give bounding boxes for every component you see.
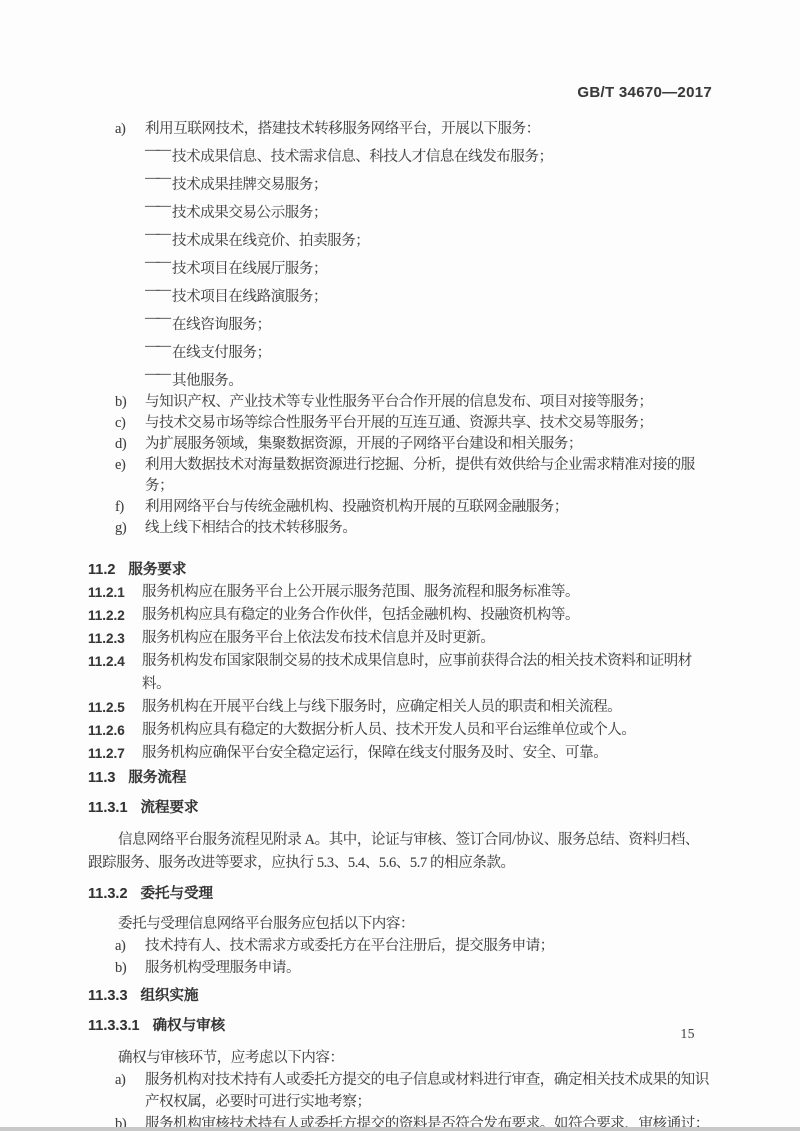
section-heading-11-2: 11.2 服务要求 [88,559,712,581]
clause-row: 11.2.6 服务机构应具有稳定的大数据分析人员、技术开发人员和平台运维单位或个… [88,719,712,742]
clause-text: 服务机构在开展平台线上与线下服务时，应确定相关人员的职责和相关流程。 [142,699,621,715]
lead-paragraph-11-3-3-1: 确权与审核环节，应考虑以下内容： [88,1047,712,1069]
dash-item-text: 在线支付服务； [172,345,271,361]
dash-list-item: ——技术成果在线竞价、拍卖服务； [88,224,712,252]
clause-row: 11.2.5 服务机构在开展平台线上与线下服务时，应确定相关人员的职责和相关流程… [88,696,712,719]
list-item-g: g) 线上线下相结合的技术转移服务。 [88,518,712,539]
page-content: a) 利用互联网技术，搭建技术转移服务网络平台，开展以下服务： ——技术成果信息… [88,119,712,1131]
dash-marker: —— [145,308,172,329]
dash-item-text: 技术成果信息、技术需求信息、科技人才信息在线发布服务； [172,149,553,165]
list-item-text: 线上线下相结合的技术转移服务。 [145,520,357,536]
list-marker: d) [115,434,126,455]
section-heading-11-3-1: 11.3.1 流程要求 [88,797,712,819]
list-marker: a) [115,1069,125,1091]
section-number: 11.3.3 [88,985,128,1007]
list-item-b: b) 与知识产权、产业技术等专业性服务平台合作开展的信息发布、项目对接等服务； [88,392,712,413]
dash-marker: —— [145,364,172,385]
list-marker: g) [115,518,126,539]
section-title: 确权与审核 [153,1015,226,1037]
clause-number: 11.2.4 [88,650,125,673]
clause-number: 11.2.6 [88,719,125,742]
list-item-text: 服务机构对技术持有人或委托方提交的电子信息或材料进行审查，确定相关技术成果的知识… [145,1072,709,1110]
dash-marker: —— [145,336,172,357]
dash-marker: —— [145,280,172,301]
clause-number: 11.2.1 [88,581,125,604]
dash-list-item: ——技术成果交易公示服务； [88,196,712,224]
document-page: GB/T 34670—2017 a) 利用互联网技术，搭建技术转移服务网络平台，… [0,0,800,1131]
clause-text: 服务机构应具有稳定的大数据分析人员、技术开发人员和平台运维单位或个人。 [142,722,636,738]
list-marker: c) [115,413,125,434]
section-number: 11.3 [88,767,115,789]
list-item-text: 利用大数据技术对海量数据资源进行挖掘、分析，提供有效供给与企业需求精准对接的服务… [145,457,695,494]
dash-marker: —— [145,252,172,273]
clause-row: 11.2.7 服务机构应确保平台安全稳定运行，保障在线支付服务及时、安全、可靠。 [88,742,712,765]
dash-list-item: ——在线支付服务； [88,336,712,364]
section-heading-11-3-3: 11.3.3 组织实施 [88,985,712,1007]
page-number: 15 [681,1026,696,1042]
clause-number: 11.2.3 [88,627,125,650]
list-marker: b) [115,957,126,979]
list-item-d: d) 为扩展服务领域，集聚数据资源，开展的子网络平台建设和相关服务； [88,434,712,455]
dash-item-text: 技术项目在线路演服务； [172,289,327,305]
clause-text: 服务机构应在服务平台上依法发布技术信息并及时更新。 [142,630,495,646]
list-item-e: e) 利用大数据技术对海量数据资源进行挖掘、分析，提供有效供给与企业需求精准对接… [88,455,712,497]
dash-list-item: ——技术项目在线展厅服务； [88,252,712,280]
clause-row: 11.2.4 服务机构发布国家限制交易的技术成果信息时，应事前获得合法的相关技术… [88,650,712,696]
list-marker: e) [115,455,125,476]
clause-row: 11.2.2 服务机构应具有稳定的业务合作伙伴，包括金融机构、投融资机构等。 [88,604,712,627]
section-title: 组织实施 [141,985,199,1007]
dash-item-text: 技术成果在线竞价、拍卖服务； [172,233,369,249]
dash-list-item: ——其他服务。 [88,364,712,392]
list-marker: a) [115,119,125,140]
dash-item-text: 技术成果挂牌交易服务； [172,177,327,193]
clause-number: 11.2.2 [88,604,125,627]
dash-marker: —— [145,196,172,217]
dash-list-item: ——技术项目在线路演服务； [88,280,712,308]
list-item: b) 服务机构受理服务申请。 [88,957,712,979]
clause-row: 11.2.3 服务机构应在服务平台上依法发布技术信息并及时更新。 [88,627,712,650]
dash-item-text: 技术项目在线展厅服务； [172,261,327,277]
list-item-text: 服务机构受理服务申请。 [145,960,300,976]
list-marker: b) [115,392,126,413]
section-title: 委托与受理 [141,883,214,905]
dash-list-item: ——技术成果挂牌交易服务； [88,168,712,196]
clause-text: 服务机构应具有稳定的业务合作伙伴，包括金融机构、投融资机构等。 [142,607,579,623]
clause-text: 服务机构应在服务平台上公开展示服务范围、服务流程和服务标准等。 [142,584,579,600]
clause-text: 服务机构发布国家限制交易的技术成果信息时，应事前获得合法的相关技术资料和证明材料… [142,653,692,692]
clause-text: 服务机构应确保平台安全稳定运行，保障在线支付服务及时、安全、可靠。 [142,745,607,761]
section-heading-11-3: 11.3 服务流程 [88,767,712,789]
dash-item-text: 技术成果交易公示服务； [172,205,327,221]
clause-row: 11.2.1 服务机构应在服务平台上公开展示服务范围、服务流程和服务标准等。 [88,581,712,604]
dash-marker: —— [145,168,172,189]
list-marker: f) [115,497,124,518]
dash-list-item: ——在线咨询服务； [88,308,712,336]
list-item-text: 与知识产权、产业技术等专业性服务平台合作开展的信息发布、项目对接等服务； [145,394,653,410]
section-number: 11.3.2 [88,883,128,905]
section-heading-11-3-3-1: 11.3.3.1 确权与审核 [88,1015,712,1037]
paragraph-11-3-1: 信息网络平台服务流程见附录 A。其中，论证与审核、签订合同/协议、服务总结、资料… [88,829,712,875]
list-item-text: 与技术交易市场等综合性服务平台开展的互连互通、资源共享、技术交易等服务； [145,415,653,431]
list-item-c: c) 与技术交易市场等综合性服务平台开展的互连互通、资源共享、技术交易等服务； [88,413,712,434]
list-marker: a) [115,935,125,957]
section-number: 11.2 [88,559,115,581]
clause-number: 11.2.7 [88,742,125,765]
standard-number-running-head: GB/T 34670—2017 [577,84,712,101]
dash-item-text: 其他服务。 [172,373,243,389]
section-number: 11.3.3.1 [88,1015,140,1037]
list-item: a) 服务机构对技术持有人或委托方提交的电子信息或材料进行审查，确定相关技术成果… [88,1069,712,1113]
lead-paragraph-11-3-2: 委托与受理信息网络平台服务应包括以下内容： [88,913,712,935]
list-item-text: 为扩展服务领域，集聚数据资源，开展的子网络平台建设和相关服务； [145,436,582,452]
section-title: 服务要求 [128,559,186,581]
dash-marker: —— [145,140,172,161]
dash-item-text: 在线咨询服务； [172,317,271,333]
list-item-text: 技术持有人、技术需求方或委托方在平台注册后，提交服务申请； [145,938,554,954]
dash-marker: —— [145,224,172,245]
list-item-a: a) 利用互联网技术，搭建技术转移服务网络平台，开展以下服务： [88,119,712,140]
list-item: a) 技术持有人、技术需求方或委托方在平台注册后，提交服务申请； [88,935,712,957]
list-item-text: 利用互联网技术，搭建技术转移服务网络平台，开展以下服务： [145,121,540,137]
dash-list-item: ——技术成果信息、技术需求信息、科技人才信息在线发布服务； [88,140,712,168]
section-title: 服务流程 [128,767,186,789]
section-heading-11-3-2: 11.3.2 委托与受理 [88,883,712,905]
clause-number: 11.2.5 [88,696,125,719]
list-item-text: 利用网络平台与传统金融机构、投融资机构开展的互联网金融服务； [145,499,568,515]
scan-edge-bottom [0,1127,800,1131]
section-title: 流程要求 [141,797,199,819]
section-number: 11.3.1 [88,797,128,819]
list-item-f: f) 利用网络平台与传统金融机构、投融资机构开展的互联网金融服务； [88,497,712,518]
